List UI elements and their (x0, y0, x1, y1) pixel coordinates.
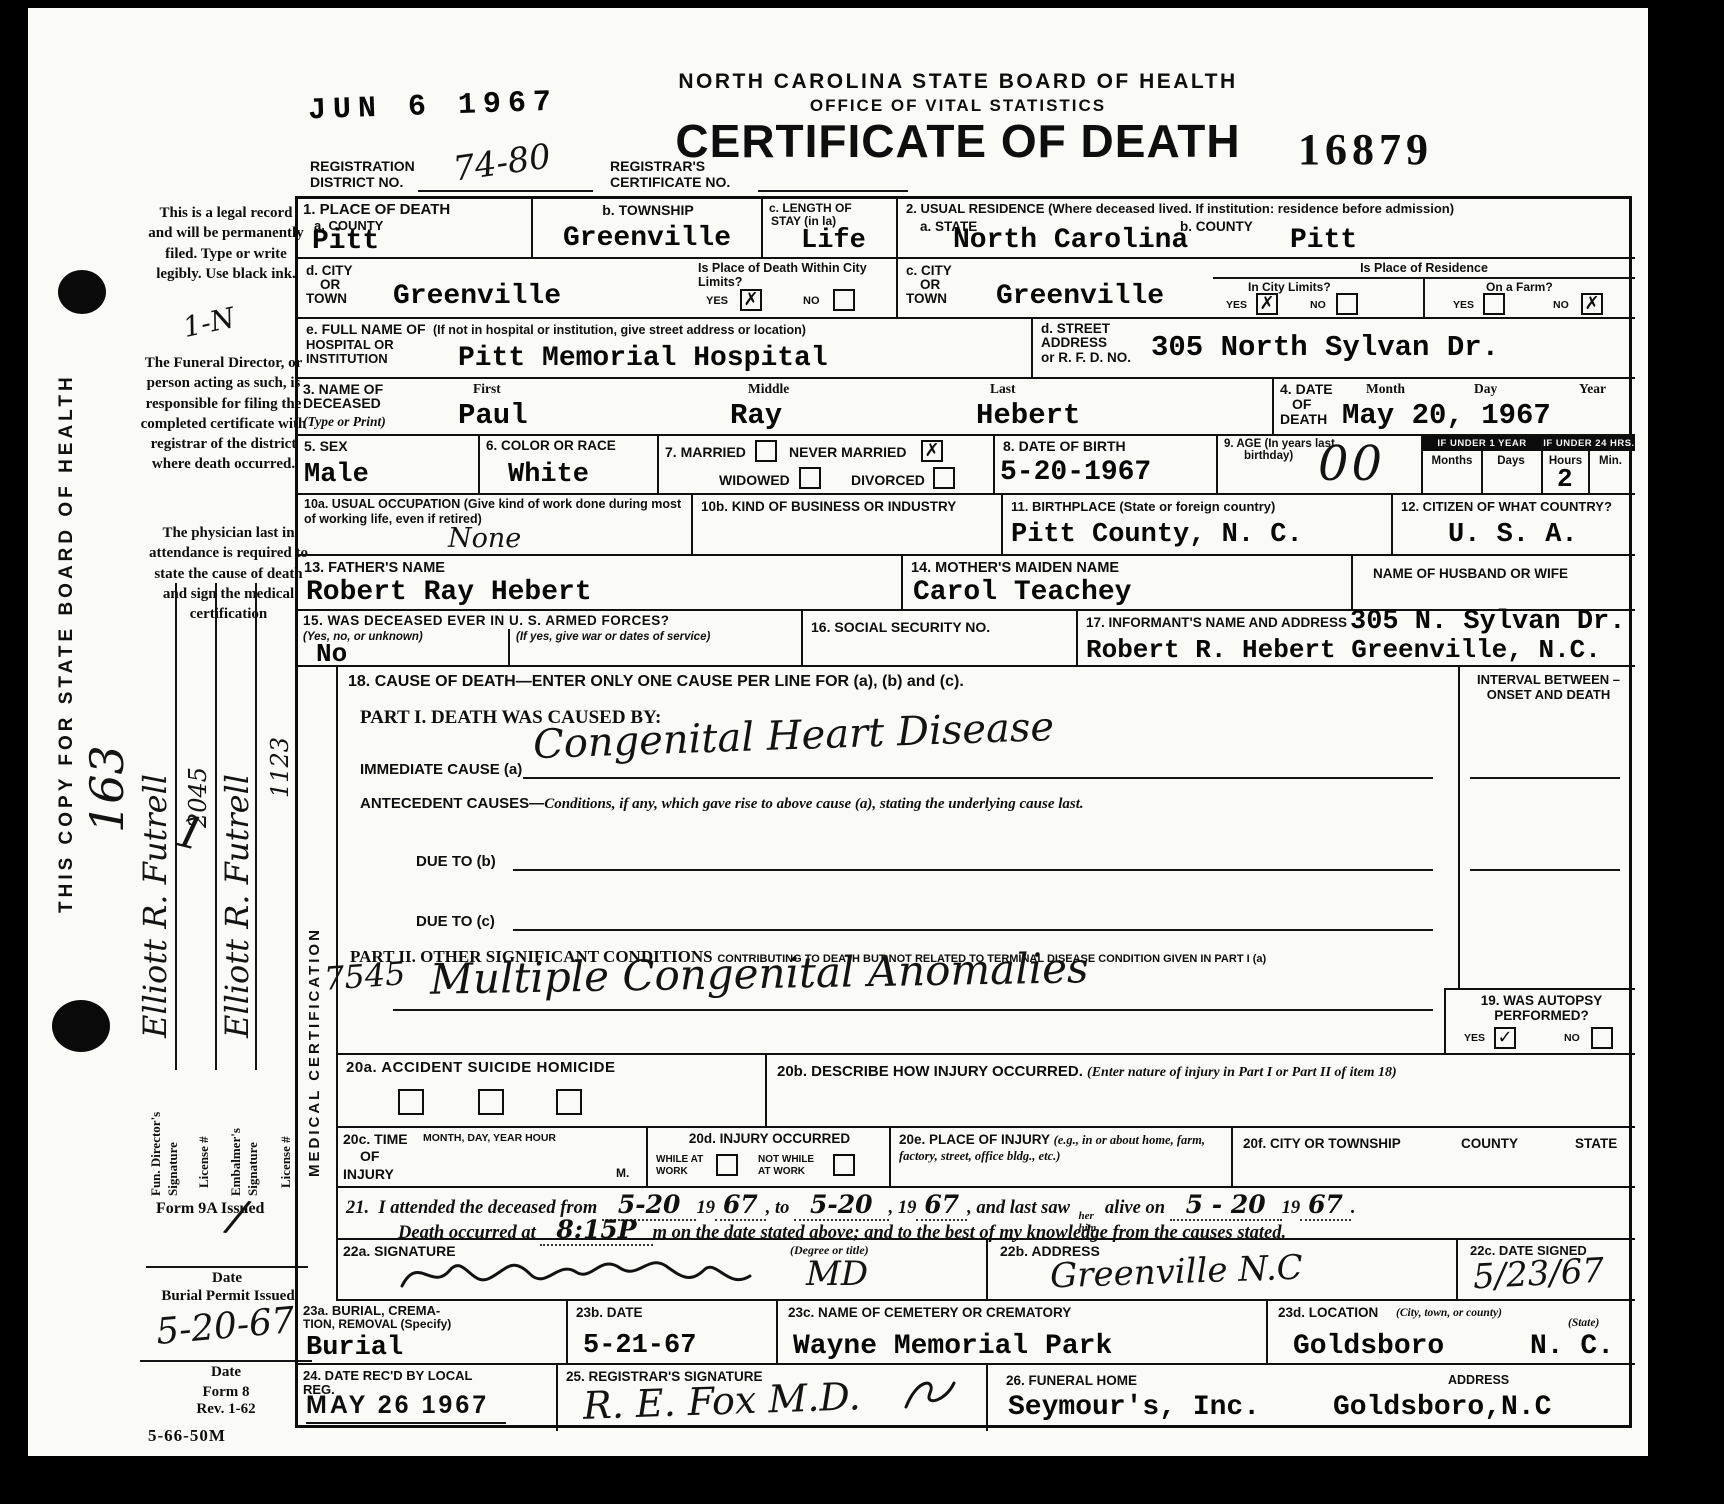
injury-state-label: STATE (1575, 1136, 1617, 1152)
sex-label: 5. SEX (304, 438, 348, 455)
injury-time-note: MONTH, DAY, YEAR HOUR (423, 1132, 556, 1144)
describe-injury-label-wrap: 20b. DESCRIBE HOW INJURY OCCURRED. (Ente… (777, 1063, 1397, 1082)
cause-of-death-section: 18. CAUSE OF DEATH—ENTER ONLY ONE CAUSE … (338, 667, 1635, 1055)
race-label: 6. COLOR OR RACE (486, 438, 616, 454)
time-of-injury-cell: 20c. TIME MONTH, DAY, YEAR HOUR OF INJUR… (338, 1128, 648, 1186)
row-registration: 24. DATE REC'D BY LOCAL REG. MAY 26 1967… (298, 1365, 1635, 1431)
registration-district-value: 74-80 (451, 136, 554, 189)
stay-value: Life (801, 226, 866, 256)
row-burial: 23a. BURIAL, CREMA- TION, REMOVAL (Speci… (298, 1301, 1635, 1365)
farm-no-label: NO (1553, 299, 1569, 311)
interval-label-1: INTERVAL BETWEEN – (1460, 672, 1637, 687)
funeral-director-license-number: 2045 (184, 698, 212, 828)
burial-value: Burial (306, 1333, 403, 1363)
death-city-label-3: TOWN (306, 291, 347, 307)
residence-city-cell: c. CITY OR TOWN Greenville Is Place of R… (898, 259, 1635, 317)
death-limits-no-checkbox (833, 289, 855, 311)
autopsy-no-label: NO (1564, 1032, 1580, 1044)
due-to-c-line (513, 929, 1433, 931)
not-while-label-1: NOT WHILE (758, 1154, 814, 1166)
not-while-label-2: AT WORK (758, 1166, 805, 1178)
date-of-death-cell: 4. DATE OF DEATH Month Day Year May 20, … (1274, 379, 1635, 434)
burial-date-cell: 23b. DATE 5-21-67 (568, 1301, 778, 1363)
autopsy-yes-label: YES (1464, 1032, 1485, 1044)
interval-box: INTERVAL BETWEEN – ONSET AND DEATH (1458, 667, 1635, 988)
accident-checkbox (398, 1089, 424, 1115)
informant-address: 305 N. Sylvan Dr. (1350, 607, 1625, 637)
registrar-flourish (898, 1373, 962, 1417)
date-received-stamp: MAY 26 1967 (306, 1391, 489, 1421)
name-label-3: (Type or Print) (303, 414, 386, 430)
dob-label: 8. DATE OF BIRTH (1003, 438, 1126, 455)
due-to-b-label: DUE TO (b) (416, 853, 496, 871)
death-city-cell: d. CITY OR TOWN Greenville Is Place of D… (298, 259, 898, 317)
board-title: NORTH CAROLINA STATE BOARD OF HEALTH (548, 70, 1368, 95)
physician-address-value: Greenville N.C (1049, 1248, 1303, 1297)
date-signed-value: 5/23/67 (1472, 1251, 1605, 1298)
birthplace-value: Pitt County, N. C. (1011, 520, 1303, 550)
township-cell: b. TOWNSHIP Greenville (533, 199, 763, 257)
autopsy-label-2: PERFORMED? (1446, 1008, 1637, 1024)
autopsy-label-1: 19. WAS AUTOPSY (1446, 993, 1637, 1009)
under-one-year-cell: IF UNDER 1 YEAR Months Days (1423, 436, 1543, 493)
row-parents: 13. FATHER'S NAME Robert Ray Hebert 14. … (298, 556, 1635, 611)
margin-handwritten-163: 163 (80, 593, 134, 833)
medical-certification-text: MEDICAL CERTIFICATION (306, 817, 323, 1177)
informant-label: 17. INFORMANT'S NAME AND ADDRESS (1086, 615, 1347, 631)
cause-header: 18. CAUSE OF DEATH—ENTER ONLY ONE CAUSE … (348, 673, 964, 692)
location-note: (City, town, or county) (1396, 1307, 1502, 1321)
birthplace-cell: 11. BIRTHPLACE (State or foreign country… (1003, 495, 1393, 554)
informant-cell: 17. INFORMANT'S NAME AND ADDRESS 305 N. … (1078, 611, 1635, 665)
while-at-label-1: WHILE AT (656, 1154, 703, 1166)
due-b-interval-line (1470, 869, 1620, 871)
residence-county-label: b. COUNTY (1180, 219, 1253, 235)
funeral-home-value: Seymour's, Inc. (1008, 1392, 1260, 1423)
street-value: 305 North Sylvan Dr. (1151, 331, 1499, 364)
due-to-c-label: DUE TO (c) (416, 913, 495, 931)
spouse-label: NAME OF HUSBAND OR WIFE (1373, 566, 1568, 582)
form8-revision: Rev. 1-62 (140, 1401, 312, 1419)
citizen-label: 12. CITIZEN OF WHAT COUNTRY? (1401, 499, 1612, 514)
district-underline (418, 190, 593, 192)
divorced-checkbox (933, 467, 955, 489)
race-cell: 6. COLOR OR RACE White (480, 436, 659, 493)
death-limits-yes-checkbox: ✗ (740, 289, 762, 311)
burial-date-label: 23b. DATE (576, 1305, 643, 1321)
print-code: 5-66-50M (148, 1426, 226, 1446)
fd-signature-label-2: Signature (165, 1066, 181, 1196)
fd-license-label: License # (196, 1058, 212, 1188)
days-label: Days (1481, 455, 1541, 469)
armed-forces-divider (508, 629, 510, 667)
injury-county-label: COUNTY (1461, 1136, 1518, 1152)
hours-value: 2 (1557, 464, 1573, 494)
death-limits-label-1: Is Place of Death Within City (698, 261, 867, 276)
autopsy-box: 19. WAS AUTOPSY PERFORMED? YES ✓ NO (1444, 988, 1635, 1055)
burial-permit-underline (140, 1360, 312, 1362)
age-value: 00 (1318, 436, 1385, 492)
injury-occurred-label: 20d. INJURY OCCURRED (648, 1131, 891, 1147)
farm-yes-label: YES (1453, 299, 1474, 311)
immediate-cause-line (523, 777, 1433, 779)
signature-rule-2 (215, 583, 217, 1070)
under-24-hrs-cell: IF UNDER 24 HRS. Hours Min. 2 (1543, 436, 1635, 493)
certificate-form: 1. PLACE OF DEATH a. COUNTY Pitt b. TOWN… (295, 196, 1632, 1428)
place-of-death-county-cell: 1. PLACE OF DEATH a. COUNTY Pitt (298, 199, 533, 257)
injury-city-label: 20f. CITY OR TOWNSHIP (1243, 1136, 1401, 1152)
marital-status-cell: 7. MARRIED NEVER MARRIED ✗ WIDOWED DIVOR… (659, 436, 995, 493)
name-of-deceased-cell: 3. NAME OF DECEASED (Type or Print) Firs… (298, 379, 1274, 434)
injury-time-label: 20c. TIME (343, 1131, 408, 1148)
scanned-death-certificate: { "stamp": { "received_date": "JUN 6 196… (0, 0, 1724, 1504)
hole-punch-bottom (52, 1000, 110, 1052)
legal-note: This is a legal record and will be perma… (146, 203, 306, 284)
death-city-value: Greenville (393, 281, 561, 312)
place-of-death-label: 1. PLACE OF DEATH (303, 201, 450, 219)
burial-permit-date-word: Date (146, 1270, 308, 1288)
hospital-label-3: INSTITUTION (306, 351, 388, 366)
embalmer-license-number: 1123 (266, 648, 294, 798)
autopsy-yes-checkbox: ✓ (1494, 1027, 1516, 1049)
last-saw-year: 67 (1300, 1190, 1351, 1221)
copy-for-state-board-text: THIS COPY FOR STATE BOARD OF HEALTH (56, 463, 78, 913)
armed-forces-value: No (316, 639, 347, 669)
injury-city-cell: 20f. CITY OR TOWNSHIP COUNTY STATE (1233, 1128, 1635, 1186)
first-name-value: Paul (458, 399, 528, 432)
ssn-cell: 16. SOCIAL SECURITY NO. (803, 611, 1078, 665)
age-cell: 9. AGE (In years last birthday) 00 (1218, 436, 1423, 493)
burial-permit-date-label: Date (140, 1364, 312, 1382)
part2-code: 7545 (323, 954, 407, 998)
row-injury-details: 20c. TIME MONTH, DAY, YEAR HOUR OF INJUR… (338, 1128, 1635, 1188)
date-received-cell: 24. DATE REC'D BY LOCAL REG. MAY 26 1967 (298, 1365, 558, 1431)
cemetery-label: 23c. NAME OF CEMETERY OR CREMATORY (788, 1305, 1071, 1321)
farm-yes-checkbox (1483, 293, 1505, 315)
homicide-checkbox (556, 1089, 582, 1115)
armed-forces-cell: 15. WAS DECEASED EVER IN U. S. ARMED FOR… (298, 611, 803, 665)
place-of-injury-cell: 20e. PLACE OF INJURY (e.g., in or about … (891, 1128, 1233, 1186)
fd-signature-label-1: Fun. Director's (148, 1066, 164, 1196)
dod-day-label: Day (1474, 381, 1497, 397)
registrar-certificate-label2: CERTIFICATE NO. (610, 174, 730, 191)
row-physician-signature: 22a. SIGNATURE (Degree or title) MD 22b.… (338, 1240, 1635, 1301)
antecedent-label-wrap: ANTECEDENT CAUSES—Conditions, if any, wh… (360, 795, 1084, 814)
row-hospital-street: e. FULL NAME OF (If not in hospital or i… (298, 319, 1635, 379)
location-state-value: N. C. (1530, 1331, 1614, 1362)
dod-label-3: DEATH (1280, 411, 1327, 428)
business-label: 10b. KIND OF BUSINESS OR INDUSTRY (701, 499, 956, 515)
ssn-label: 16. SOCIAL SECURITY NO. (811, 619, 990, 636)
degree-value: MD (806, 1254, 868, 1294)
widowed-label: WIDOWED (719, 472, 790, 489)
months-label: Months (1423, 455, 1481, 469)
residence-county-value: Pitt (1290, 225, 1357, 256)
armed-forces-label: 15. WAS DECEASED EVER IN U. S. ARMED FOR… (303, 613, 670, 629)
while-at-label-2: WORK (656, 1166, 688, 1178)
birthplace-label: 11. BIRTHPLACE (State or foreign country… (1011, 499, 1275, 514)
autopsy-no-checkbox (1591, 1027, 1613, 1049)
registrar-underline (758, 190, 908, 192)
death-limits-no-label: NO (803, 295, 820, 308)
embalmer-label-2: Signature (245, 1066, 261, 1196)
date-received-underline (306, 1422, 506, 1424)
hospital-cell: e. FULL NAME OF (If not in hospital or i… (298, 319, 1033, 377)
in-city-no-label: NO (1310, 299, 1326, 311)
in-city-yes-checkbox: ✗ (1256, 293, 1278, 315)
injury-occurred-cell: 20d. INJURY OCCURRED WHILE AT WORK NOT W… (648, 1128, 891, 1186)
death-limits-label-2: Limits? (698, 275, 742, 290)
informant-name: Robert R. Hebert Greenville, N.C. (1086, 635, 1601, 665)
township-label: b. TOWNSHIP (533, 202, 763, 219)
place-of-injury-label: 20e. PLACE OF INJURY (899, 1132, 1050, 1147)
age-label-2: birthday) (1244, 450, 1293, 464)
cemetery-value: Wayne Memorial Park (793, 1331, 1112, 1362)
occupation-cell: 10a. USUAL OCCUPATION (Give kind of work… (298, 495, 693, 554)
street-address-cell: d. STREET ADDRESS or R. F. D. NO. 305 No… (1033, 319, 1635, 377)
dob-value: 5-20-1967 (1000, 457, 1151, 488)
street-label-3: or R. F. D. NO. (1041, 350, 1131, 366)
part2-value: Multiple Congenital Anomalies (430, 943, 1089, 1003)
immediate-interval-line (1470, 777, 1620, 779)
hospital-label: e. FULL NAME OF (306, 321, 426, 338)
suicide-checkbox (478, 1089, 504, 1115)
first-name-label: First (473, 381, 501, 397)
funeral-home-address-value: Goldsboro,N.C (1333, 1392, 1551, 1423)
married-checkbox (755, 440, 777, 462)
residence-state-value: North Carolina (953, 225, 1188, 256)
sex-cell: 5. SEX Male (298, 436, 480, 493)
funeral-home-cell: 26. FUNERAL HOME ADDRESS Seymour's, Inc.… (988, 1365, 1635, 1431)
registrar-signature-value: R. E. Fox M.D. (582, 1374, 861, 1428)
business-cell: 10b. KIND OF BUSINESS OR INDUSTRY (693, 495, 1003, 554)
funeral-home-address-label: ADDRESS (1448, 1373, 1509, 1388)
res-limits-header: Is Place of Residence (1213, 261, 1635, 276)
location-label: 23d. LOCATION (1278, 1305, 1378, 1321)
res-city-label-3: TOWN (906, 291, 947, 307)
armed-forces-note2: (If yes, give war or dates of service) (516, 631, 796, 645)
date-signed-cell: 22c. DATE SIGNED 5/23/67 (1458, 1240, 1635, 1299)
hole-punch-top (58, 270, 106, 314)
row-vitals: 5. SEX Male 6. COLOR OR RACE White 7. MA… (298, 436, 1635, 495)
burial-cell: 23a. BURIAL, CREMA- TION, REMOVAL (Speci… (298, 1301, 568, 1363)
physician-signature-scribble (398, 1248, 768, 1296)
received-date-stamp: JUN 6 1967 (307, 86, 558, 129)
farm-no-checkbox: ✗ (1581, 293, 1603, 315)
father-value: Robert Ray Hebert (306, 577, 592, 608)
part2-line (393, 1009, 1433, 1011)
usual-residence-cell: 2. USUAL RESIDENCE (Where deceased lived… (898, 199, 1635, 257)
accident-label: 20a. ACCIDENT SUICIDE HOMICIDE (346, 1059, 615, 1077)
under-one-year-header: IF UNDER 1 YEAR (1423, 436, 1541, 451)
street-label-2: ADDRESS (1041, 335, 1107, 351)
embalmer-label-1: Embalmer's (228, 1066, 244, 1196)
registration-district-label: REGISTRATION (310, 158, 415, 175)
hospital-note: (If not in hospital or institution, give… (433, 323, 806, 338)
res-city-value: Greenville (996, 281, 1164, 312)
never-married-checkbox: ✗ (921, 440, 943, 462)
race-value: White (508, 460, 589, 490)
father-cell: 13. FATHER'S NAME Robert Ray Hebert (298, 556, 903, 609)
antecedent-note: Conditions, if any, which gave rise to a… (544, 796, 1083, 812)
name-label-2: DECEASED (303, 395, 381, 412)
immediate-cause-label: IMMEDIATE CAUSE (a) (360, 761, 522, 779)
min-label: Min. (1588, 455, 1633, 469)
length-of-stay-cell: c. LENGTH OF STAY (in la) Life (763, 199, 898, 257)
last-name-label: Last (990, 381, 1016, 397)
due-to-b-line (513, 869, 1433, 871)
in-city-no-checkbox (1336, 293, 1358, 315)
cemetery-cell: 23c. NAME OF CEMETERY OR CREMATORY Wayne… (778, 1301, 1268, 1363)
funeral-director-note: The Funeral Director, or person acting a… (136, 353, 311, 475)
burial-location-cell: 23d. LOCATION (City, town, or county) (S… (1268, 1301, 1635, 1363)
describe-injury-label: 20b. DESCRIBE HOW INJURY OCCURRED. (777, 1063, 1083, 1080)
embalmer-license-label: License # (278, 1058, 294, 1188)
attended-21: 21. (346, 1198, 369, 1218)
row-accident: 20a. ACCIDENT SUICIDE HOMICIDE 20b. DESC… (338, 1055, 1635, 1128)
mother-cell: 14. MOTHER'S MAIDEN NAME Carol Teachey (903, 556, 1353, 609)
dob-cell: 8. DATE OF BIRTH 5-20-1967 (995, 436, 1218, 493)
form8-label: Form 8 (140, 1384, 312, 1402)
dod-year-label: Year (1579, 381, 1606, 397)
county-value: Pitt (312, 226, 379, 257)
injury-time-injury: INJURY (343, 1166, 394, 1183)
mother-value: Carol Teachey (913, 577, 1131, 608)
attended-period: . (1351, 1198, 1356, 1218)
citizen-value: U. S. A. (1448, 520, 1578, 550)
never-married-label: NEVER MARRIED (789, 444, 906, 461)
township-value: Greenville (563, 223, 731, 254)
married-label: 7. MARRIED (665, 444, 746, 461)
mother-label: 14. MOTHER'S MAIDEN NAME (911, 560, 1119, 577)
margin-handwritten-mark: 1-N (180, 301, 238, 344)
res-limits-divider (1423, 277, 1425, 317)
registration-district-label2: DISTRICT NO. (310, 174, 403, 191)
row-occupation: 10a. USUAL OCCUPATION (Give kind of work… (298, 495, 1635, 556)
funeral-director-signature: Elliott R. Futrell (136, 598, 174, 1038)
row-name-dod: 3. NAME OF DECEASED (Type or Print) Firs… (298, 379, 1635, 436)
form-9a-label: Form 9A Issued (156, 1200, 264, 1219)
certificate-paper: JUN 6 1967 NORTH CAROLINA STATE BOARD OF… (28, 8, 1648, 1456)
registrar-signature-cell: 25. REGISTRAR'S SIGNATURE R. E. Fox M.D. (558, 1365, 988, 1431)
describe-injury-cell: 20b. DESCRIBE HOW INJURY OCCURRED. (Ente… (767, 1055, 1635, 1126)
while-work-checkbox (716, 1154, 738, 1176)
father-label: 13. FATHER'S NAME (304, 560, 445, 577)
widowed-checkbox (799, 467, 821, 489)
citizen-cell: 12. CITIZEN OF WHAT COUNTRY? U. S. A. (1393, 495, 1635, 554)
usual-residence-label: 2. USUAL RESIDENCE (Where deceased lived… (906, 201, 1454, 216)
row-service-informant: 15. WAS DECEASED EVER IN U. S. ARMED FOR… (298, 611, 1635, 667)
row-place-residence: 1. PLACE OF DEATH a. COUNTY Pitt b. TOWN… (298, 199, 1635, 259)
antecedent-label: ANTECEDENT CAUSES— (360, 795, 544, 812)
burial-permit-date-value: 5-20-67 (154, 1300, 296, 1353)
registrar-certificate-label: REGISTRAR'S (610, 158, 705, 175)
injury-time-m: M. (616, 1166, 629, 1180)
funeral-home-label: 26. FUNERAL HOME (1006, 1373, 1137, 1389)
not-while-work-checkbox (833, 1154, 855, 1176)
middle-name-label: Middle (748, 381, 789, 397)
signature-rule-1 (175, 583, 177, 1070)
certificate-number: 16879 (1298, 124, 1433, 176)
last-name-value: Hebert (976, 399, 1080, 432)
under-24-header: IF UNDER 24 HRS. (1543, 436, 1635, 451)
hospital-value: Pitt Memorial Hospital (458, 343, 828, 374)
dod-value: May 20, 1967 (1342, 399, 1551, 432)
row-attended: 21. I attended the deceased from 5-20196… (338, 1188, 1635, 1240)
injury-time-of: OF (360, 1148, 379, 1165)
occupation-value: None (448, 523, 521, 554)
sex-value: Male (304, 460, 369, 490)
describe-injury-note: (Enter nature of injury in Part I or Par… (1087, 1065, 1397, 1080)
burial-date-value: 5-21-67 (583, 1331, 696, 1361)
burial-label-2: TION, REMOVAL (Specify) (303, 1317, 451, 1331)
in-city-yes-label: YES (1226, 299, 1247, 311)
embalmer-signature: Elliott R. Futrell (218, 598, 256, 1038)
form9a-underline (146, 1266, 308, 1268)
spouse-cell: NAME OF HUSBAND OR WIFE (1353, 556, 1635, 609)
interval-label-2: ONSET AND DEATH (1460, 687, 1637, 702)
location-city-value: Goldsboro (1293, 1331, 1444, 1362)
divorced-label: DIVORCED (851, 472, 925, 489)
row-city: d. CITY OR TOWN Greenville Is Place of D… (298, 259, 1635, 319)
dod-month-label: Month (1366, 381, 1405, 397)
accident-cell: 20a. ACCIDENT SUICIDE HOMICIDE (338, 1055, 767, 1126)
location-state-note: (State) (1568, 1317, 1599, 1331)
physician-address-cell: 22b. ADDRESS Greenville N.C (988, 1240, 1458, 1299)
physician-signature-cell: 22a. SIGNATURE (Degree or title) MD (338, 1240, 988, 1299)
middle-name-value: Ray (730, 399, 782, 432)
death-limits-yes-label: YES (706, 295, 728, 308)
place-of-injury-label-wrap: 20e. PLACE OF INJURY (e.g., in or about … (899, 1132, 1224, 1164)
